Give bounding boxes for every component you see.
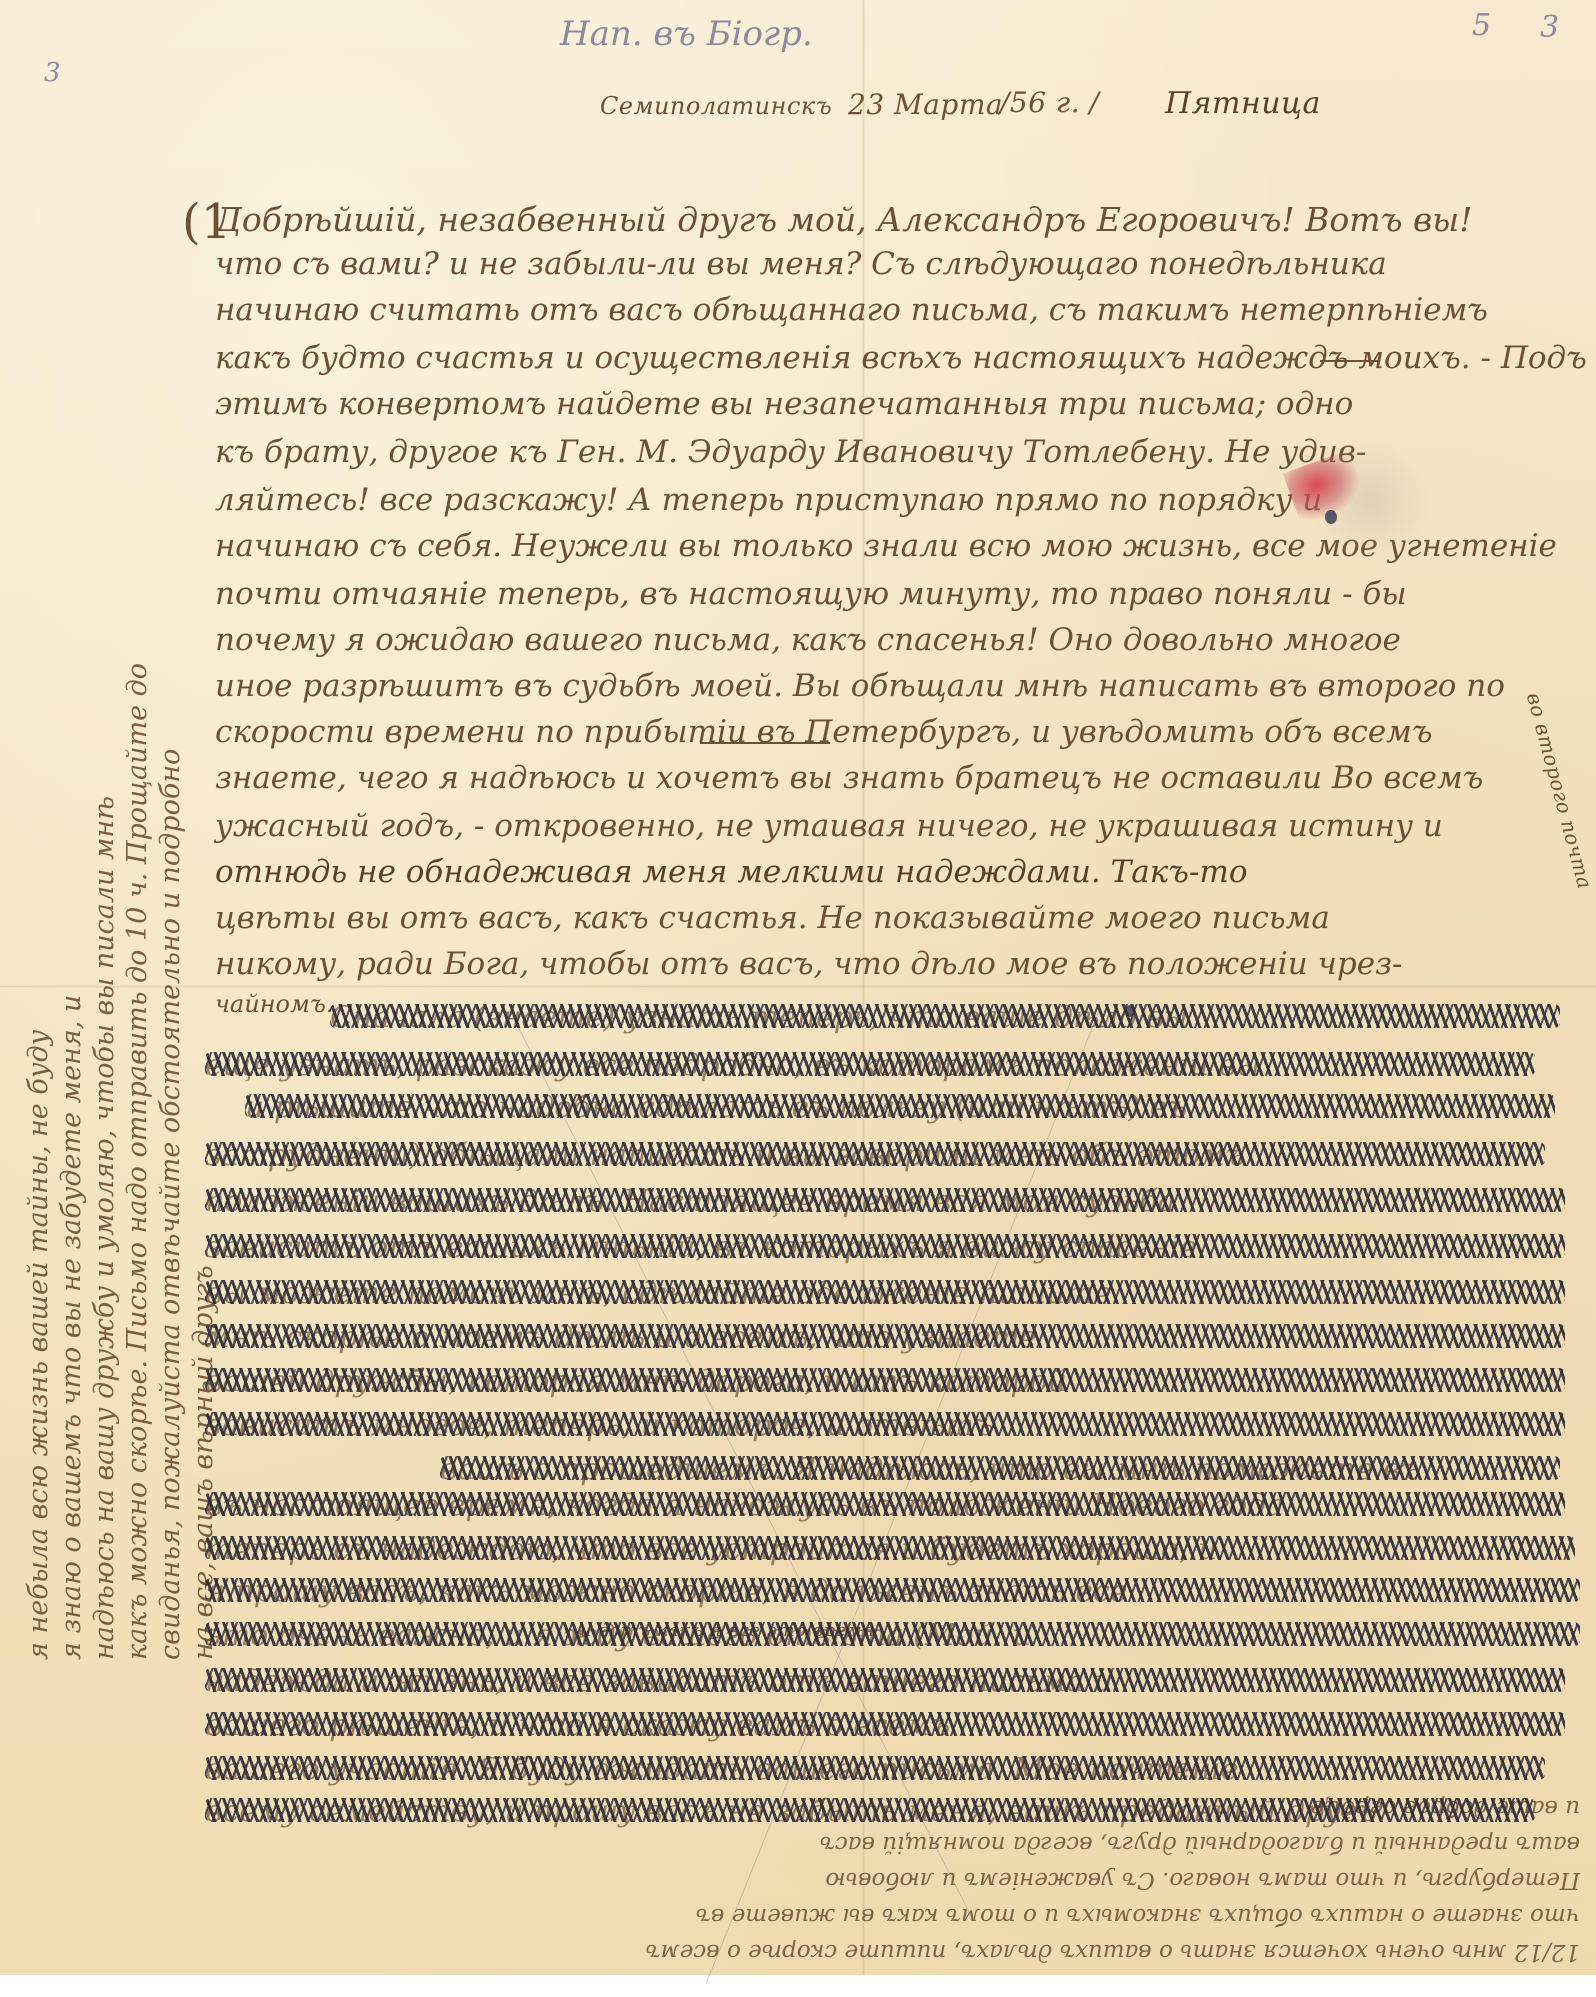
body-line: къ брату, другое къ Ген. М. Эдуарду Иван… (215, 434, 1366, 470)
censored-line: теперь съ надеждою, что все устроится и … (205, 1532, 1575, 1562)
body-line: почти отчаяніе теперь, въ настоящую мину… (215, 576, 1407, 612)
page-number: 5 (1472, 8, 1491, 43)
body-line: начинаю считать отъ васъ обѣщаннаго пись… (215, 292, 1488, 328)
scribble-redaction (205, 1142, 1545, 1166)
censored-line: вашъ о прошедшемъ. Я надѣюсь, что вы мнѣ… (440, 1452, 1560, 1482)
scribble-redaction (245, 1094, 1555, 1118)
body-line: ужасный годъ, - откровенно, не утаивая н… (215, 808, 1443, 844)
censored-line: мнѣ скорѣе о моемъ дѣлѣ и о всемъ, что у… (205, 1320, 1565, 1350)
margin-line: какъ можно скорѣе. Письмо надо отправить… (121, 160, 154, 1660)
scribble-redaction (205, 1234, 1565, 1258)
margin-line: я небыла всю жизнь вашей тайны, не буду (22, 160, 55, 1660)
body-line: этимъ конвертомъ найдете вы незапечатанн… (215, 386, 1353, 422)
censored-line: затрудненіи) обѣщали написать и вы говор… (205, 1138, 1545, 1168)
body-line: скорости времени по прибытіи въ Петербур… (215, 714, 1433, 750)
postscript-line: Петербургѣ, и что тамъ новаго. Съ уважен… (190, 1862, 1580, 1898)
margin-line: надѣюсь на вашу дружбу и умоляю, чтобы в… (88, 160, 121, 1660)
body-line: какъ будто счастья и осуществленія всѣхъ… (215, 340, 1587, 376)
scribble-redaction (205, 1324, 1565, 1348)
scribble-redaction (205, 1622, 1580, 1646)
scribble-redaction (205, 1668, 1565, 1692)
censored-line: вашей дружбы, которая мнѣ дорога, и отъ … (205, 1364, 1565, 1394)
censored-line: еще узнать, разскажу все подробно, въ ко… (205, 1048, 1535, 1078)
censored-line: зависитъ многое, теперь, и которое, и от… (205, 1408, 1565, 1438)
body-line: никому, ради Бога, чтобы отъ васъ, что д… (215, 946, 1402, 982)
body-line: знаете, чего я надѣюсь и хочетъ вы знать… (215, 760, 1483, 796)
scribble-redaction (205, 1368, 1565, 1392)
body-line: почему я ожидаю вашего письма, какъ спас… (215, 622, 1401, 658)
header-place: Семиполатинскъ (600, 92, 832, 120)
scribble-redaction (205, 1412, 1565, 1436)
body-line: иное разрѣшитъ въ судьбѣ моей. Вы обѣщал… (215, 668, 1505, 704)
header-date: 23 Марта (848, 88, 1003, 121)
body-line: цвѣты вы отъ васъ, какъ счастья. Не пока… (215, 900, 1330, 936)
header-year: /56 г. / (1000, 86, 1099, 119)
censored-line: вашего участія. Я буду ожидать вашего пи… (205, 1752, 1545, 1782)
scribble-redaction (205, 1280, 1565, 1304)
scribble-redaction (330, 1004, 1560, 1028)
censored-line: положеніи вашихъ дѣлъ. Настоящее время в… (205, 1184, 1565, 1214)
margin-line: я знаю о вашемъ что вы не забудете меня,… (55, 160, 88, 1660)
scribble-redaction (205, 1052, 1535, 1076)
underline-mark (700, 742, 830, 744)
body-line: отнюдь не обнадеживая меня мелкими надеж… (215, 854, 1248, 890)
censored-line: Сначала (знаете) узнать теперь, что ваше… (330, 1000, 1560, 1030)
header-weekday: Пятница (1165, 86, 1321, 121)
censored-line: и рѣшите что надобно сдѣлать въ пользу (… (245, 1090, 1555, 1120)
censored-line: надежда и жизнь, и все зависитъ отъ ваше… (205, 1664, 1565, 1694)
scribble-redaction (205, 1188, 1565, 1212)
censored-line: въ настоящее время, когда я нахожусь въ … (205, 1488, 1565, 1518)
postscript-line: 12/12 мнѣ очень хочется знать о вашихъ д… (190, 1934, 1580, 1970)
censored-line: зависитъ отъ вашихъ мнѣній, въ которыхъ … (205, 1230, 1565, 1260)
scribble-redaction (205, 1536, 1575, 1560)
archive-note: Нап. въ Біогр. (560, 14, 813, 54)
censored-line: это очень важно, и я жду вашего отвѣта (… (205, 1618, 1580, 1648)
scribble-redaction (205, 1712, 1565, 1736)
censored-line: вы можете помочь мнѣ, сдѣлайте одолженіе… (205, 1276, 1565, 1306)
page-number-secondary: 3 (1540, 10, 1559, 45)
ink-blot (1325, 510, 1337, 524)
body-line: ляйтесь! все разскажу! А теперь приступа… (215, 482, 1322, 518)
scribble-redaction (205, 1578, 1580, 1602)
censored-line: я прошу васъ, какъ можно скорѣе, я долже… (205, 1574, 1580, 1604)
postscript-line: что знаете о нашихъ общихъ знакомыхъ и о… (190, 1898, 1580, 1934)
scribble-redaction (205, 1492, 1565, 1516)
body-line: что съ вами? и не забыли-ли вы меня? Съ … (215, 246, 1387, 282)
censored-line: вашего рѣшенія, и что я скажу вамъ о все… (205, 1708, 1565, 1738)
page-number-left: 3 (44, 58, 61, 88)
scribble-redaction (205, 1798, 1535, 1822)
postscript-line: вашъ преданный и благодарный другъ, всег… (190, 1826, 1580, 1862)
body-line: Добрѣйшій, незабвенный другъ мой, Алекса… (215, 200, 1472, 239)
scribble-redaction (205, 1756, 1545, 1780)
underline-mark (1320, 360, 1380, 362)
scan-background (0, 1975, 1596, 1997)
censored-line: всему семейству, и прошу васъ не забыть … (205, 1794, 1535, 1824)
margin-line: свиданья, пожалуйста отвѣчайте обстоятел… (154, 160, 187, 1660)
scribble-redaction (440, 1456, 1560, 1480)
